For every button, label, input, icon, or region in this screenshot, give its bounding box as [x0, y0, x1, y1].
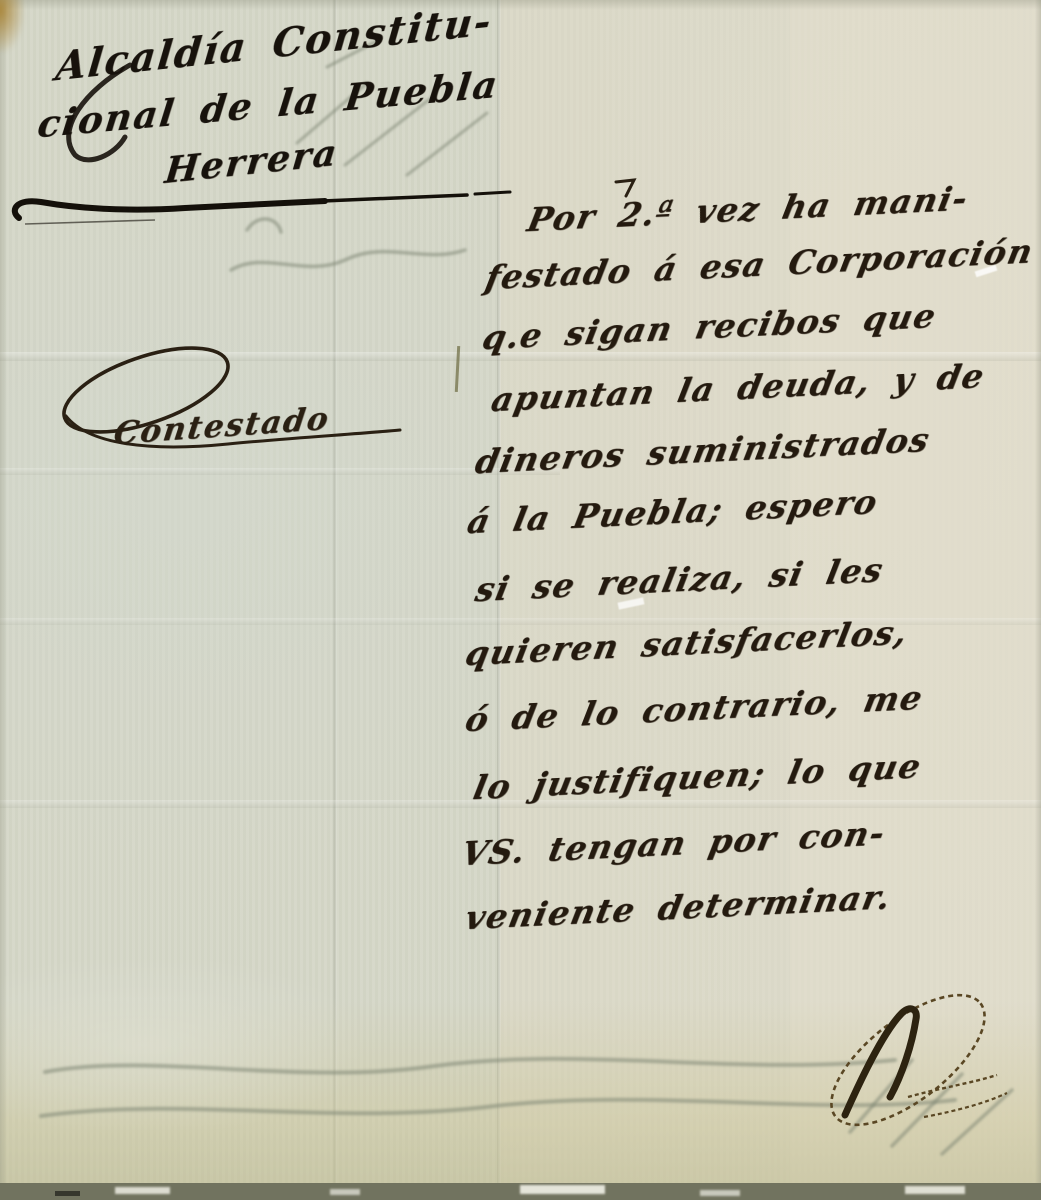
annotation-contestado: Contestado	[28, 338, 448, 488]
body-line-4: apuntan la deuda, y de	[488, 356, 988, 420]
vertical-fold-crease-left	[332, 0, 337, 1200]
top-edge-shade	[0, 0, 1041, 10]
bottom-edge-strip	[0, 1183, 1041, 1200]
body-line-12: veniente determinar.	[462, 877, 895, 937]
body-line-9: ó de lo contrario, me	[462, 677, 927, 739]
letterhead-line-3: Herrera	[163, 131, 341, 192]
right-edge-shade	[1035, 0, 1041, 1200]
body-line-7: si se realiza, si les	[472, 550, 887, 609]
annotation-text: Contestado	[111, 401, 332, 453]
left-edge-shade	[0, 0, 7, 1200]
body-line-3: q.e sigan recibos que	[479, 296, 940, 358]
bottom-left-pale-patch	[0, 960, 360, 1130]
ink-bleedthrough-bottom-right	[820, 1020, 1040, 1160]
annotation-loop-flourish	[28, 338, 448, 488]
bottom-aging-tint	[0, 1000, 1041, 1185]
paper-fiber-mark	[455, 346, 460, 392]
body-line-6: á la Puebla; espero	[464, 482, 882, 541]
body-line-8: quieren satisfacerlos,	[462, 612, 912, 673]
body-line-11: VS. tengan por con-	[458, 813, 889, 873]
ink-bleedthrough-mid-left	[225, 208, 475, 298]
body-line-1: Por 2.ª vez ha mani-	[524, 178, 972, 239]
body-line-2: festado á esa Corporación	[482, 231, 1037, 297]
body-line-10: lo justifiquen; lo que	[470, 746, 925, 807]
letterhead-underline-flourish	[5, 186, 525, 230]
signature-rubric	[790, 975, 1040, 1175]
body-line-5: dineros suministrados	[472, 420, 934, 482]
corner-stain	[0, 0, 24, 52]
ink-bleedthrough-bottom-left	[35, 1030, 975, 1160]
manuscript-scan: Alcaldía Constitu- cional de la Puebla H…	[0, 0, 1041, 1200]
